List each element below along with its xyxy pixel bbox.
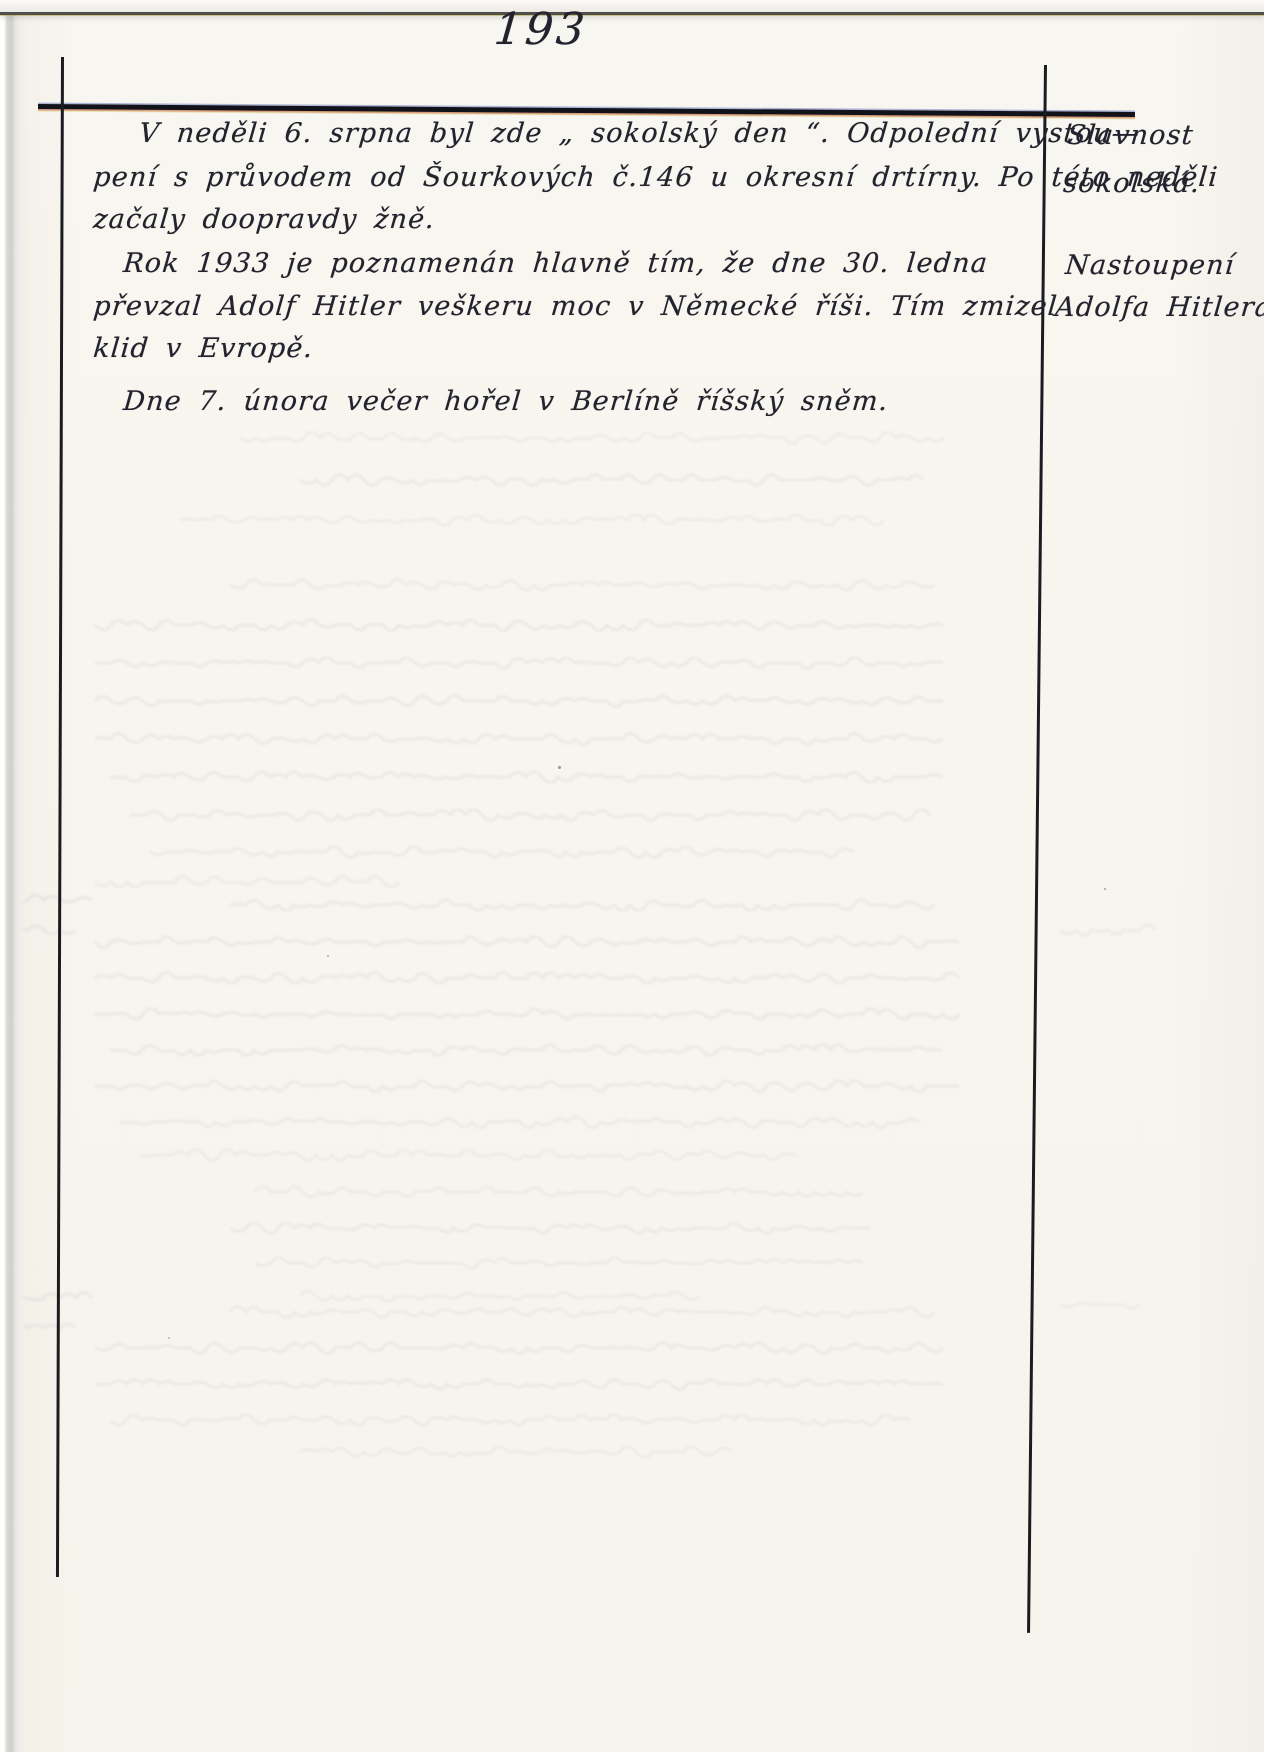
margin-note-line: Slavnost: [1066, 120, 1195, 151]
margin-note-line: sokolská.: [1062, 168, 1202, 199]
left-rule-line: [56, 57, 64, 1577]
body-line: pení s průvodem od Šourkových č.146 u ok…: [92, 162, 1220, 193]
margin-note-line: Adolfa Hitlera: [1054, 292, 1264, 323]
header-rule-line: [38, 104, 1135, 117]
body-line: Rok 1933 je poznamenán hlavně tím, že dn…: [122, 248, 989, 279]
body-line: začaly doopravdy žně.: [92, 204, 437, 235]
chronicle-scan-page: 193 V neděli 6. srpna byl zde „ sokolský…: [0, 0, 1264, 1752]
ink-speck: [168, 1337, 170, 1339]
ink-speck: [1104, 888, 1106, 890]
page-number: 193: [492, 4, 589, 55]
body-line: převzal Adolf Hitler veškeru moc v Němec…: [92, 291, 1059, 322]
body-line: Dne 7. února večer hořel v Berlíně říšsk…: [122, 386, 890, 417]
ink-speck: [558, 766, 561, 769]
scanner-top-margin: [0, 0, 1264, 12]
scanner-edge-shadow: [0, 0, 26, 1752]
body-line: V neděli 6. srpna byl zde „ sokolský den…: [138, 118, 1141, 149]
margin-note-line: Nastoupení: [1064, 250, 1236, 281]
page-top-edge-line: [0, 12, 1264, 15]
ink-speck: [327, 955, 329, 957]
body-line: klid v Evropě.: [92, 333, 315, 364]
